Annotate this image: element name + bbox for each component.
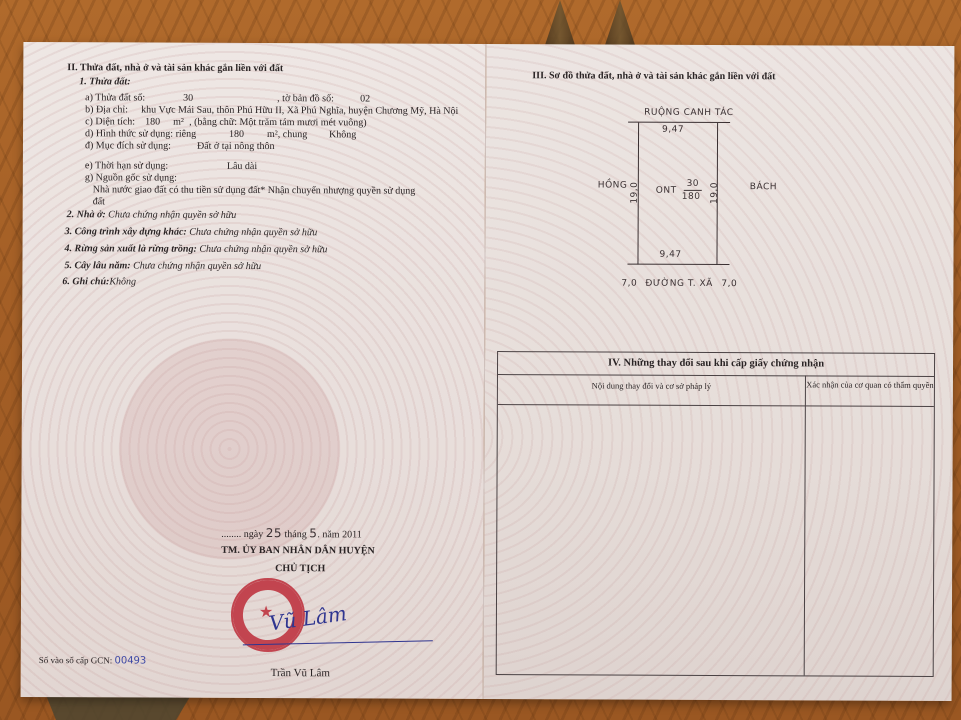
- issuing-authority: TM. ỦY BAN NHÂN DÂN HUYỆN: [221, 545, 375, 558]
- column-header-authority-confirmation: Xác nhận của cơ quan có thẩm quyền: [806, 379, 934, 391]
- signer-position: CHỦ TỊCH: [275, 563, 325, 575]
- house-label: 2. Nhà ở:: [67, 209, 106, 220]
- south-edge-length: 9,47: [659, 249, 681, 261]
- usage-purpose-label: đ) Mục đích sử dụng:: [85, 140, 171, 152]
- changes-table: IV. Những thay đổi sau khi cấp giấy chứn…: [496, 351, 935, 677]
- usage-form-label: d) Hình thức sử dụng: riêng: [85, 128, 196, 140]
- perennial-trees-label: 5. Cây lâu năm:: [64, 260, 130, 271]
- house-value: Chưa chứng nhận quyền sở hữu: [108, 209, 236, 221]
- changes-table-title: IV. Những thay đổi sau khi cấp giấy chứn…: [498, 352, 934, 377]
- usage-shared-value: Không: [329, 129, 356, 141]
- usage-origin-value-line1: Nhà nước giao đất có thu tiền sử dụng đấ…: [93, 184, 416, 197]
- planted-forest-label: 4. Rừng sản xuất là rừng trồng:: [65, 243, 197, 255]
- area-in-words: , (bằng chữ: Một trăm tám mươi mét vuông…: [189, 117, 367, 130]
- area-label: c) Diện tích:: [85, 116, 135, 128]
- notes-value: Không: [109, 276, 136, 287]
- plot-area: 180: [682, 191, 701, 203]
- south-boundary: [627, 264, 729, 265]
- date-prefix: ........ ngày: [221, 529, 263, 540]
- usage-shared-label: m², chung: [267, 129, 307, 141]
- land-use-certificate: II. Thửa đất, nhà ở và tài sản khác gắn …: [21, 42, 954, 701]
- address-label: b) Địa chỉ:: [85, 104, 128, 116]
- usage-origin-value-line2: đất: [93, 196, 105, 208]
- map-sheet-label: , tờ bản đồ số:: [277, 93, 334, 105]
- signer-name: Trần Vũ Lâm: [271, 667, 330, 679]
- road-width-right: 7,0: [721, 278, 737, 290]
- west-edge-length: 19,0: [629, 182, 641, 204]
- map-sheet-number: 02: [360, 93, 370, 105]
- land-code: ONT: [656, 185, 677, 197]
- section-iii-title: III. Sơ đồ thửa đất, nhà ở và tài sản kh…: [532, 70, 775, 83]
- plot-parcel-number: 30: [684, 178, 702, 191]
- left-page: II. Thửa đất, nhà ở và tài sản khác gắn …: [21, 42, 486, 699]
- west-neighbor: HỒNG: [598, 179, 628, 191]
- date-year: . năm 2011: [317, 529, 361, 540]
- perennial-trees-value: Chưa chứng nhận quyền sở hữu: [133, 260, 261, 272]
- other-construction-value: Chưa chứng nhận quyền sở hữu: [189, 227, 317, 239]
- east-neighbor: BÁCH: [750, 181, 777, 193]
- planted-forest-value: Chưa chứng nhận quyền sở hữu: [199, 244, 327, 256]
- north-neighbor: RUỘNG CANH TÁC: [644, 107, 733, 119]
- changes-table-header: Nội dung thay đổi và cơ sở pháp lý Xác n…: [498, 374, 934, 407]
- parcel-outline: [637, 123, 718, 265]
- area-unit: m²: [173, 117, 184, 129]
- usage-private-area: 180: [229, 129, 244, 141]
- usage-term-label: e) Thời hạn sử dụng:: [85, 160, 168, 172]
- date-month: 5: [309, 526, 317, 540]
- section-ii-title: II. Thửa đất, nhà ở và tài sản khác gắn …: [67, 62, 283, 75]
- parcel-number: 30: [183, 93, 193, 105]
- other-construction-label: 3. Công trình xây dựng khác:: [65, 226, 187, 238]
- right-page: III. Sơ đồ thửa đất, nhà ở và tài sản kh…: [483, 44, 955, 701]
- south-neighbor-road: ĐƯỜNG T. XÃ: [645, 278, 713, 290]
- area-value: 180: [145, 117, 160, 129]
- notes-label: 6. Ghi chú:: [62, 276, 109, 287]
- parcel-number-label: a) Thửa đất số:: [85, 92, 145, 104]
- east-edge-length: 19,0: [709, 182, 721, 204]
- plot-diagram: RUỘNG CANH TÁC 9,47 HỒNG 19,0 ONT 30 180…: [486, 44, 954, 46]
- column-divider: [804, 375, 806, 675]
- registry-label: Số vào sổ cấp GCN:: [39, 655, 113, 665]
- date-month-label: tháng: [284, 529, 306, 540]
- usage-origin-label: g) Nguồn gốc sử dụng:: [85, 172, 177, 184]
- date-day: 25: [266, 526, 282, 540]
- road-width-left: 7,0: [621, 278, 637, 290]
- column-header-change-content: Nội dung thay đổi và cơ sở pháp lý: [498, 374, 805, 405]
- usage-term-value: Lâu dài: [227, 161, 257, 173]
- subsection-parcel-title: 1. Thửa đất:: [79, 76, 130, 88]
- usage-purpose-value: Đất ở tại nông thôn: [197, 141, 275, 153]
- registry-number: 00493: [114, 655, 146, 666]
